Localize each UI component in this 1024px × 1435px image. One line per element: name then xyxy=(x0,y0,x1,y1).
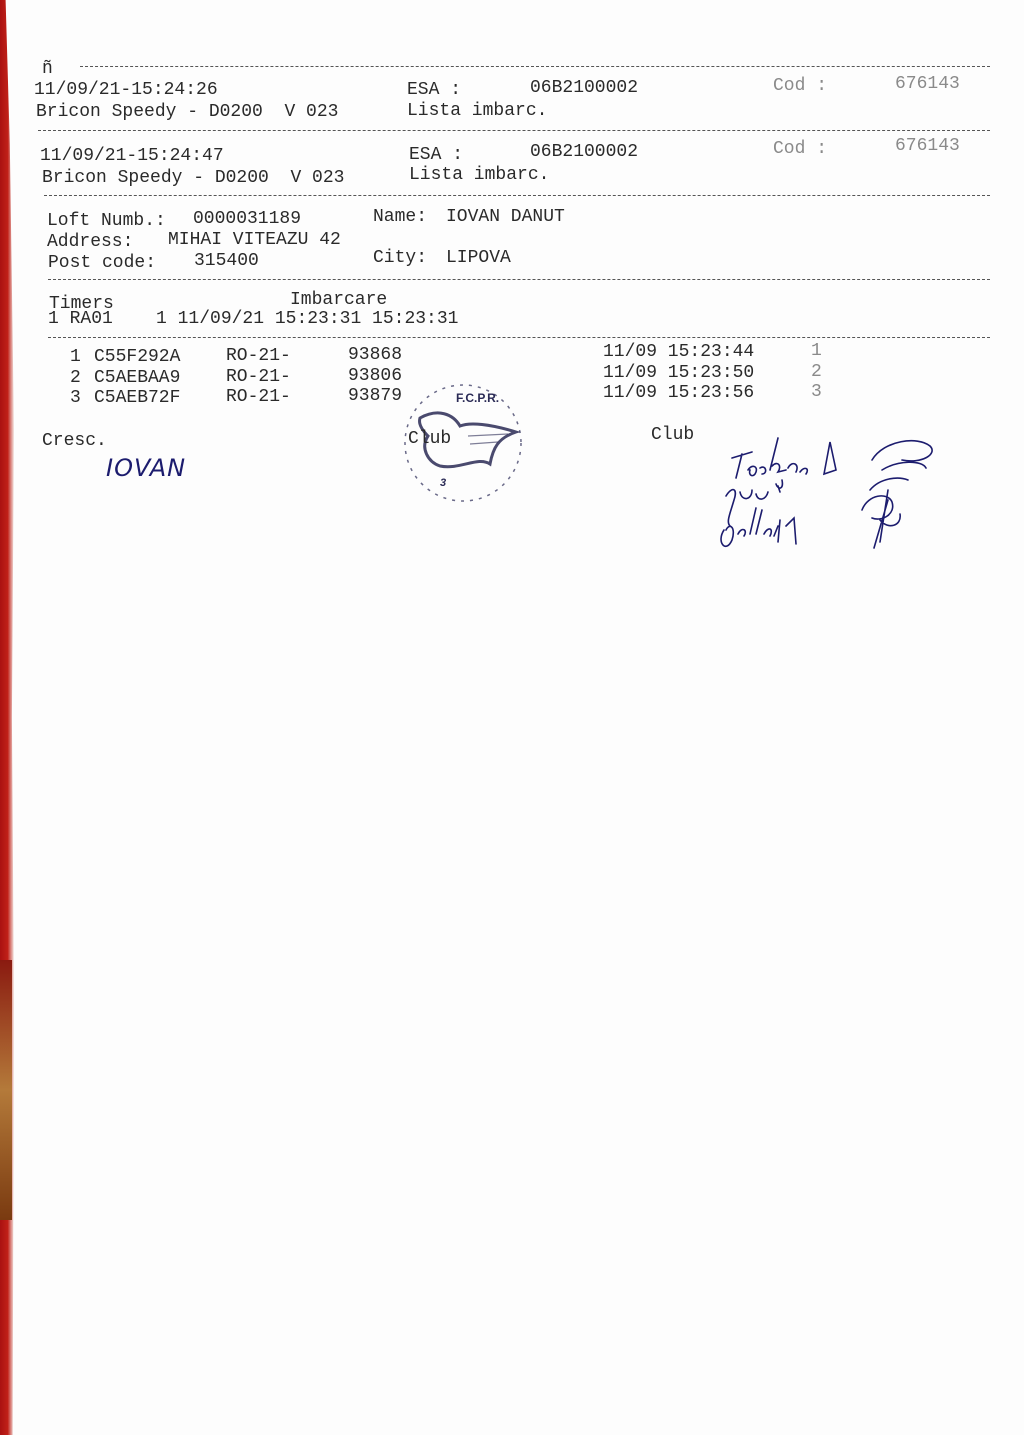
record-1-esa-label: ESA : xyxy=(407,81,461,99)
cresc-label: Cresc. xyxy=(42,432,107,450)
record-2-timestamp: 11/09/21-15:24:47 xyxy=(40,147,224,165)
bird-ring-number: 93879 xyxy=(348,387,402,405)
stamp-text: F.C.P.R. xyxy=(456,392,499,404)
cresc-signature: IOVAN xyxy=(106,456,186,480)
divider xyxy=(44,195,990,196)
header-mark: ñ xyxy=(42,60,53,78)
record-2-esa-label: ESA : xyxy=(409,146,463,164)
bird-arrival-time: 11/09 15:23:56 xyxy=(603,384,754,402)
divider xyxy=(80,66,990,67)
city-label: City: xyxy=(373,249,427,267)
address-value: MIHAI VITEAZU 42 xyxy=(168,231,341,249)
bird-index: 1 xyxy=(70,348,81,366)
bird-ring-number: 93806 xyxy=(348,367,402,385)
record-1-cod-label: Cod : xyxy=(773,77,827,95)
bird-ring-number: 93868 xyxy=(348,346,402,364)
club-label-left: Club xyxy=(408,430,451,448)
name-label: Name: xyxy=(373,208,427,226)
handwritten-signature-icon xyxy=(712,430,952,560)
loft-value: 0000031189 xyxy=(193,210,301,228)
stamp-number: 3 xyxy=(440,478,446,489)
postcode-label: Post code: xyxy=(48,254,156,272)
bird-ring-prefix: RO-21- xyxy=(226,388,291,406)
record-2-list-label: Lista imbarc. xyxy=(409,166,549,184)
club-label-right: Club xyxy=(651,426,694,444)
record-1-device: Bricon Speedy - D0200 V 023 xyxy=(36,103,338,121)
club-signature xyxy=(712,430,952,560)
bird-arrival-time: 11/09 15:23:44 xyxy=(603,343,754,361)
record-1-list-label: Lista imbarc. xyxy=(407,102,547,120)
club-stamp: F.C.P.R. 3 Club xyxy=(398,378,528,508)
record-2-cod-label: Cod : xyxy=(773,140,827,158)
record-1-cod-value: 676143 xyxy=(895,75,960,93)
bird-ring-prefix: RO-21- xyxy=(226,347,291,365)
bird-chip: C55F292A xyxy=(94,348,180,366)
record-2-cod-value: 676143 xyxy=(895,137,960,155)
bird-sequence: 1 xyxy=(811,342,822,360)
loft-label: Loft Numb.: xyxy=(47,212,166,230)
bird-chip: C5AEB72F xyxy=(94,389,180,407)
bird-arrival-time: 11/09 15:23:50 xyxy=(603,364,754,382)
bird-index: 3 xyxy=(70,389,81,407)
timer-row: 1 RA01 1 11/09/21 15:23:31 15:23:31 xyxy=(48,310,458,328)
bird-sequence: 2 xyxy=(811,363,822,381)
address-label: Address: xyxy=(47,233,133,251)
bird-index: 2 xyxy=(70,369,81,387)
city-value: LIPOVA xyxy=(446,249,511,267)
postcode-value: 315400 xyxy=(194,252,259,270)
divider xyxy=(38,130,990,131)
bird-chip: C5AEBAA9 xyxy=(94,369,180,387)
name-value: IOVAN DANUT xyxy=(446,208,565,226)
record-2-device: Bricon Speedy - D0200 V 023 xyxy=(42,169,344,187)
imbarcare-label: Imbarcare xyxy=(290,291,387,309)
bird-ring-prefix: RO-21- xyxy=(226,368,291,386)
record-1-esa-value: 06B2100002 xyxy=(530,79,638,97)
bird-sequence: 3 xyxy=(811,383,822,401)
paper-edge-background-lower xyxy=(0,960,12,1220)
divider xyxy=(48,337,990,338)
record-2-esa-value: 06B2100002 xyxy=(530,143,638,161)
record-1-timestamp: 11/09/21-15:24:26 xyxy=(34,81,218,99)
divider xyxy=(48,279,990,280)
